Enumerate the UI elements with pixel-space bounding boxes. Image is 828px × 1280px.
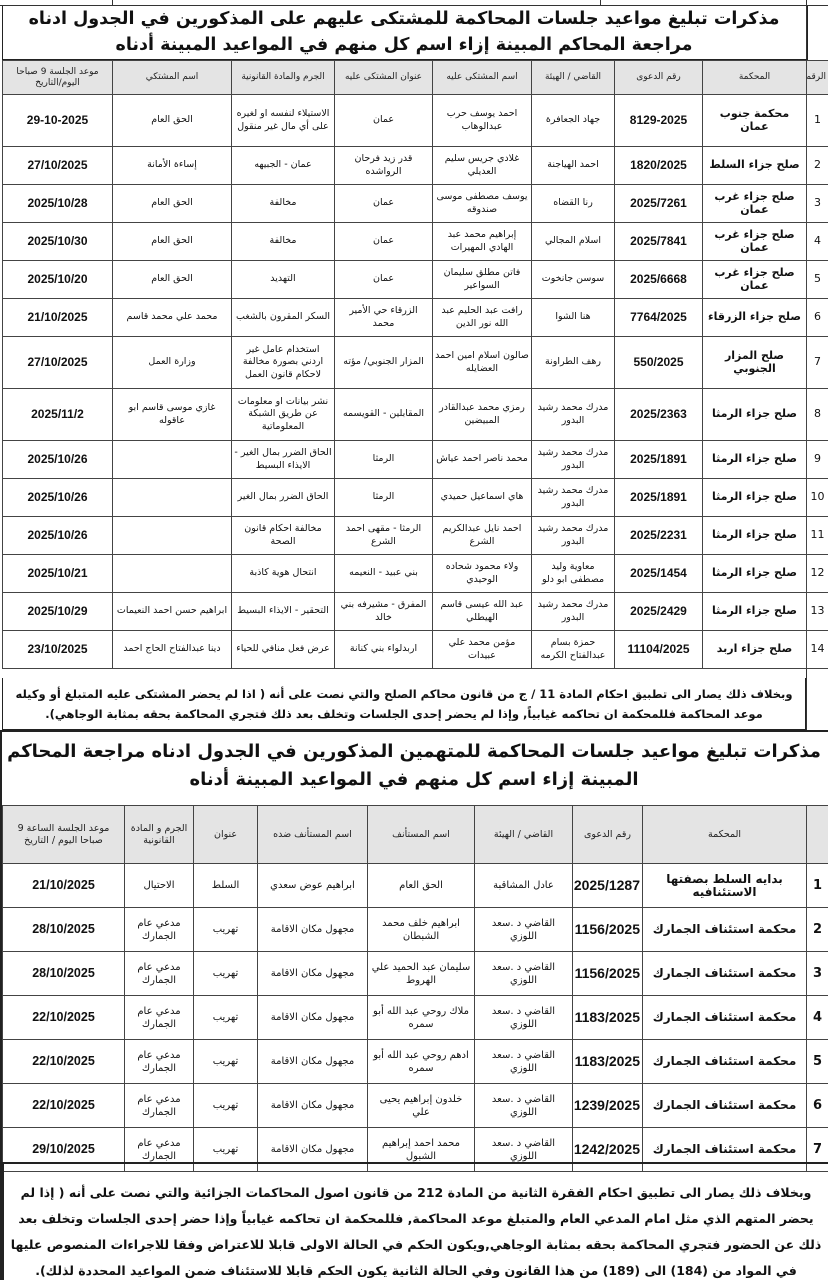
cell-respondent-name: مجهول مكان الاقامة: [258, 908, 368, 952]
cell-row-number: 2: [807, 147, 828, 185]
cell-case-number: 550/2025: [615, 337, 703, 389]
cell-charge: مدعي عام الجمارك: [125, 996, 194, 1040]
col-header-session-date: موعد الجلسة الساعة 9 صباحا اليوم / التار…: [3, 806, 125, 864]
cell-case-number: 2025/7261: [615, 185, 703, 223]
cell-judge-name: القاضي د .سعد اللوزي: [475, 908, 573, 952]
cell-defendant-address: قدر زيد فرحان الرواشده: [335, 147, 433, 185]
cell-session-date: 29-10-2025: [3, 95, 113, 147]
cell-charge: مدعي عام الجمارك: [125, 1040, 194, 1084]
cell-defendant-name: صالون اسلام امين احمد العضايله: [433, 337, 532, 389]
cell-case-number: 2025/1891: [615, 441, 703, 479]
cell-case-number: 2025/1287: [573, 864, 643, 908]
cell-complainant-name: وزارة العمل: [113, 337, 232, 389]
cell-case-number: 2025/7841: [615, 223, 703, 261]
cell-court-name: صلح جزاء الرمثا: [703, 593, 807, 631]
cell-case-number: 2025/1891: [615, 479, 703, 517]
cell-row-number: 6: [807, 299, 828, 337]
cell-judge-name: القاضي د .سعد اللوزي: [475, 1084, 573, 1128]
cell-case-number: 1156/2025: [573, 908, 643, 952]
cell-defendant-name: احمد نايل عبدالكريم الشرع: [433, 517, 532, 555]
cell-session-date: 2025/10/26: [3, 441, 113, 479]
cell-session-date: 2025/10/26: [3, 479, 113, 517]
cell-session-date: 2025/10/21: [3, 555, 113, 593]
cell-row-number: 11: [807, 517, 828, 555]
cell-session-date: 27/10/2025: [3, 147, 113, 185]
table-row: 7صلح المزار الجنوبي550/2025رهف الطراونةص…: [3, 337, 828, 389]
cell-complainant-name: الحق العام: [113, 95, 232, 147]
cell-charge: مدعي عام الجمارك: [125, 952, 194, 996]
section2-legal-note: وبخلاف ذلك يصار الى تطبيق احكام الفقرة ا…: [2, 1162, 828, 1280]
cell-defendant-name: إبراهيم محمد عبد الهادي المهيرات: [433, 223, 532, 261]
cell-defendant-name: رمزي محمد عبدالقادر المبيضين: [433, 389, 532, 441]
cell-judge-name: مدرك محمد رشيد البدور: [532, 593, 615, 631]
cell-session-date: 2025/10/26: [3, 517, 113, 555]
cell-charge: التحقير - الايذاء البسيط: [232, 593, 335, 631]
cell-case-number: 2025/2429: [615, 593, 703, 631]
section1-title: مذكرات تبليغ مواعيد جلسات المحاكمة للمشت…: [6, 6, 802, 58]
cell-charge: مدعي عام الجمارك: [125, 1084, 194, 1128]
cell-row-number: 6: [807, 1084, 828, 1128]
table-row: 3صلح جزاء غرب عمان2025/7261رنا القضاهيوس…: [3, 185, 828, 223]
cell-row-number: 5: [807, 261, 828, 299]
cell-case-number: 11104/2025: [615, 631, 703, 669]
cell-session-date: 2025/10/30: [3, 223, 113, 261]
cell-judge-name: رنا القضاه: [532, 185, 615, 223]
cell-defendant-name: عبد الله عيسى قاسم الهيطلي: [433, 593, 532, 631]
table-row: 2محكمة استئناف الجمارك1156/2025القاضي د …: [3, 908, 828, 952]
cell-appellant-name: سليمان عبد الحميد علي الهروط: [368, 952, 475, 996]
cell-case-number: 8129-2025: [615, 95, 703, 147]
cell-complainant-name: دينا عبدالفتاح الحاج احمد: [113, 631, 232, 669]
section1-legal-note: وبخلاف ذلك يصار الى تطبيق احكام المادة 1…: [2, 678, 806, 730]
cell-case-number: 2025/1454: [615, 555, 703, 593]
cell-case-number: 7764/2025: [615, 299, 703, 337]
cell-row-number: 13: [807, 593, 828, 631]
cell-session-date: 23/10/2025: [3, 631, 113, 669]
col-header-number: الرقم: [807, 61, 828, 95]
col-header-case-number: رقم الدعوى: [615, 61, 703, 95]
cell-address: تهريب: [194, 1040, 258, 1084]
cell-charge: مخالفة: [232, 185, 335, 223]
cell-judge-name: معاوية وليد مصطفى ابو دلو: [532, 555, 615, 593]
table-row: 5محكمة استئناف الجمارك1183/2025القاضي د …: [3, 1040, 828, 1084]
table-row: 8صلح جزاء الرمثا2025/2363مدرك محمد رشيد …: [3, 389, 828, 441]
cell-session-date: 21/10/2025: [3, 864, 125, 908]
col-header-address: عنوان: [194, 806, 258, 864]
cell-court-name: محكمة استئناف الجمارك: [643, 908, 807, 952]
cell-session-date: 27/10/2025: [3, 337, 113, 389]
cell-row-number: 12: [807, 555, 828, 593]
cell-case-number: 1239/2025: [573, 1084, 643, 1128]
cell-charge: السكر المقرون بالشغب: [232, 299, 335, 337]
cell-row-number: 14: [807, 631, 828, 669]
cell-court-name: صلح جزاء الرمثا: [703, 441, 807, 479]
cell-court-name: صلح جزاء الرمثا: [703, 517, 807, 555]
cell-row-number: 5: [807, 1040, 828, 1084]
cell-respondent-name: مجهول مكان الاقامة: [258, 1084, 368, 1128]
cell-address: تهريب: [194, 996, 258, 1040]
defendants-schedule-table: الرقم المحكمة رقم الدعوى القاضي / الهيئة…: [2, 60, 828, 669]
cell-charge: الاحتيال: [125, 864, 194, 908]
cell-court-name: صلح جزاء غرب عمان: [703, 223, 807, 261]
cell-case-number: 1820/2025: [615, 147, 703, 185]
cell-case-number: 1183/2025: [573, 1040, 643, 1084]
col-header-court: المحكمة: [703, 61, 807, 95]
cell-defendant-address: الزرقاء حي الأمير محمد: [335, 299, 433, 337]
cell-session-date: 22/10/2025: [3, 1084, 125, 1128]
table-row: 4صلح جزاء غرب عمان2025/7841اسلام المجالي…: [3, 223, 828, 261]
cell-defendant-name: يوسف مصطفى موسى صندوقه: [433, 185, 532, 223]
cell-row-number: 10: [807, 479, 828, 517]
table-row: 1بدايه السلط بصفتها الاستئنافيه2025/1287…: [3, 864, 828, 908]
court-notice-page: مذكرات تبليغ مواعيد جلسات المحاكمة للمشت…: [0, 0, 828, 1280]
table-row: 14صلح جزاء اربد11104/2025حمزة بسام عبدال…: [3, 631, 828, 669]
cell-session-date: 22/10/2025: [3, 1040, 125, 1084]
table-row: 1محكمة جنوب عمان8129-2025جهاد الجعافرةاح…: [3, 95, 828, 147]
cell-session-date: 28/10/2025: [3, 952, 125, 996]
table-header-row: الرقم المحكمة رقم الدعوى القاضي / الهيئة…: [3, 61, 828, 95]
section2-title: مذكرات تبليغ مواعيد جلسات المحاكمة للمته…: [6, 738, 822, 794]
table-row: 5صلح جزاء غرب عمان2025/6668سوسن جانخوتفا…: [3, 261, 828, 299]
cell-session-date: 2025/11/2: [3, 389, 113, 441]
cell-address: تهريب: [194, 1084, 258, 1128]
cell-court-name: صلح جزاء غرب عمان: [703, 261, 807, 299]
cell-defendant-address: المفرق - مشيرفه بني خالد: [335, 593, 433, 631]
cell-appellant-name: خلدون إبراهيم يحيى علي: [368, 1084, 475, 1128]
cell-court-name: محكمة جنوب عمان: [703, 95, 807, 147]
cell-row-number: 1: [807, 864, 828, 908]
cell-charge: استخدام عامل غير اردني بصورة مخالفة لاحك…: [232, 337, 335, 389]
table-row: 6صلح جزاء الزرقاء7764/2025هنا الشوارافت …: [3, 299, 828, 337]
cell-court-name: صلح جزاء الرمثا: [703, 479, 807, 517]
col-header-case-number: رقم الدعوى: [573, 806, 643, 864]
cell-court-name: صلح المزار الجنوبي: [703, 337, 807, 389]
cell-defendant-name: ولاء محمود شحاده الوحيدي: [433, 555, 532, 593]
cell-session-date: 28/10/2025: [3, 908, 125, 952]
table-header-row: المحكمة رقم الدعوى القاضي / الهيئة اسم ا…: [3, 806, 828, 864]
cell-charge: الاستيلاء لنفسه او لغيره على أي مال غير …: [232, 95, 335, 147]
cell-charge: مخالفة: [232, 223, 335, 261]
cell-case-number: 2025/6668: [615, 261, 703, 299]
table-row: 12صلح جزاء الرمثا2025/1454معاوية وليد مص…: [3, 555, 828, 593]
cell-charge: التهديد: [232, 261, 335, 299]
cell-complainant-name: ابراهيم حسن احمد النعيمات: [113, 593, 232, 631]
table-row: 9صلح جزاء الرمثا2025/1891مدرك محمد رشيد …: [3, 441, 828, 479]
table-row: 10صلح جزاء الرمثا2025/1891مدرك محمد رشيد…: [3, 479, 828, 517]
cell-defendant-address: المزار الجنوبي/ مؤته: [335, 337, 433, 389]
cell-row-number: 1: [807, 95, 828, 147]
cell-defendant-name: مؤمن محمد علي عبيدات: [433, 631, 532, 669]
cell-judge-name: هنا الشوا: [532, 299, 615, 337]
cell-judge-name: جهاد الجعافرة: [532, 95, 615, 147]
cell-defendant-address: عمان: [335, 185, 433, 223]
cell-defendant-address: اربدلواء بني كنانة: [335, 631, 433, 669]
cell-court-name: صلح جزاء الرمثا: [703, 389, 807, 441]
cell-address: السلط: [194, 864, 258, 908]
cell-charge: انتحال هوية كاذبة: [232, 555, 335, 593]
cell-complainant-name: غازي موسى قاسم ابو عاقوله: [113, 389, 232, 441]
table-row: 6محكمة استئناف الجمارك1239/2025القاضي د …: [3, 1084, 828, 1128]
table-row: 4محكمة استئناف الجمارك1183/2025القاضي د …: [3, 996, 828, 1040]
cell-charge: الحاق الضرر بمال الغير - الايذاء البسيط: [232, 441, 335, 479]
cell-complainant-name: محمد علي محمد قاسم: [113, 299, 232, 337]
cell-court-name: صلح جزاء الزرقاء: [703, 299, 807, 337]
cell-row-number: 8: [807, 389, 828, 441]
cell-address: تهريب: [194, 952, 258, 996]
col-header-respondent: اسم المستأنف ضده: [258, 806, 368, 864]
cell-respondent-name: مجهول مكان الاقامة: [258, 1040, 368, 1084]
cell-court-name: صلح جزاء السلط: [703, 147, 807, 185]
table-row: 11صلح جزاء الرمثا2025/2231مدرك محمد رشيد…: [3, 517, 828, 555]
cell-defendant-address: عمان: [335, 95, 433, 147]
table-row: 2صلح جزاء السلط1820/2025احمد الهياجنةغلا…: [3, 147, 828, 185]
cell-judge-name: القاضي د .سعد اللوزي: [475, 1040, 573, 1084]
cell-session-date: 2025/10/20: [3, 261, 113, 299]
table-row: 3محكمة استئناف الجمارك1156/2025القاضي د …: [3, 952, 828, 996]
cell-complainant-name: [113, 441, 232, 479]
cell-judge-name: القاضي د .سعد اللوزي: [475, 996, 573, 1040]
cell-case-number: 2025/2363: [615, 389, 703, 441]
cell-defendant-address: الرمثا - مقهى احمد الشرع: [335, 517, 433, 555]
cell-respondent-name: ابراهيم عوض سعدي: [258, 864, 368, 908]
cell-case-number: 1183/2025: [573, 996, 643, 1040]
col-header-court: المحكمة: [643, 806, 807, 864]
cell-session-date: 2025/10/28: [3, 185, 113, 223]
col-header-complainant: اسم المشتكي: [113, 61, 232, 95]
cell-case-number: 1156/2025: [573, 952, 643, 996]
cell-appellant-name: الحق العام: [368, 864, 475, 908]
cell-row-number: 9: [807, 441, 828, 479]
cell-court-name: صلح جزاء غرب عمان: [703, 185, 807, 223]
cell-complainant-name: [113, 479, 232, 517]
cell-defendant-address: الرمثا: [335, 479, 433, 517]
cell-complainant-name: الحق العام: [113, 223, 232, 261]
col-header-defendant-address: عنوان المشتكى عليه: [335, 61, 433, 95]
cell-charge: مخالفة احكام قانون الصحة: [232, 517, 335, 555]
cell-row-number: 4: [807, 223, 828, 261]
cell-defendant-address: المقابلين - القويسمه: [335, 389, 433, 441]
cell-charge: مدعي عام الجمارك: [125, 908, 194, 952]
cell-court-name: محكمة استئناف الجمارك: [643, 1084, 807, 1128]
cell-appellant-name: ادهم روحي عبد الله أبو سمره: [368, 1040, 475, 1084]
cell-charge: عمان - الجبيهه: [232, 147, 335, 185]
col-header-defendant: اسم المشتكى عليه: [433, 61, 532, 95]
cell-row-number: 2: [807, 908, 828, 952]
col-header-session-date: موعد الجلسة 9 صباحا اليوم/التاريخ: [3, 61, 113, 95]
cell-charge: الحاق الضرر بمال الغير: [232, 479, 335, 517]
cell-charge: نشر بيانات او معلومات عن طريق الشبكة الم…: [232, 389, 335, 441]
cell-judge-name: مدرك محمد رشيد البدور: [532, 389, 615, 441]
cell-appellant-name: ملاك روحي عبد الله أبو سمره: [368, 996, 475, 1040]
cell-charge: عرض فعل منافي للحياء: [232, 631, 335, 669]
col-header-judge: القاضي / الهيئة: [475, 806, 573, 864]
cell-complainant-name: إساءة الأمانة: [113, 147, 232, 185]
cell-judge-name: سوسن جانخوت: [532, 261, 615, 299]
cell-session-date: 21/10/2025: [3, 299, 113, 337]
cell-defendant-address: عمان: [335, 261, 433, 299]
cell-row-number: 3: [807, 952, 828, 996]
col-header-charge: الجرم والمادة القانونية: [232, 61, 335, 95]
cell-address: تهريب: [194, 908, 258, 952]
cell-defendant-address: بني عبيد - النعيمه: [335, 555, 433, 593]
cell-court-name: محكمة استئناف الجمارك: [643, 996, 807, 1040]
cell-defendant-name: محمد ناصر احمد عياش: [433, 441, 532, 479]
cell-judge-name: عادل المشاقبة: [475, 864, 573, 908]
cell-complainant-name: الحق العام: [113, 185, 232, 223]
cell-defendant-address: الرمثا: [335, 441, 433, 479]
cell-court-name: صلح جزاء اربد: [703, 631, 807, 669]
cell-judge-name: احمد الهياجنة: [532, 147, 615, 185]
cell-court-name: محكمة استئناف الجمارك: [643, 952, 807, 996]
col-header-judge: القاضي / الهيئة: [532, 61, 615, 95]
cell-defendant-name: غلادي جريس سليم العديلي: [433, 147, 532, 185]
col-header-number: [807, 806, 828, 864]
cell-defendant-name: هاي اسماعيل حميدي: [433, 479, 532, 517]
cell-judge-name: مدرك محمد رشيد البدور: [532, 479, 615, 517]
col-header-charge: الجرم و المادة القانونية: [125, 806, 194, 864]
cell-complainant-name: [113, 555, 232, 593]
cell-court-name: صلح جزاء الرمثا: [703, 555, 807, 593]
accused-schedule-table: المحكمة رقم الدعوى القاضي / الهيئة اسم ا…: [2, 805, 828, 1172]
cell-judge-name: مدرك محمد رشيد البدور: [532, 517, 615, 555]
cell-defendant-address: عمان: [335, 223, 433, 261]
cell-judge-name: حمزة بسام عبدالفتاح الكرمه: [532, 631, 615, 669]
cell-respondent-name: مجهول مكان الاقامة: [258, 952, 368, 996]
cell-complainant-name: الحق العام: [113, 261, 232, 299]
cell-judge-name: القاضي د .سعد اللوزي: [475, 952, 573, 996]
cell-appellant-name: ابراهيم خلف محمد الشبطان: [368, 908, 475, 952]
cell-case-number: 2025/2231: [615, 517, 703, 555]
cell-court-name: بدايه السلط بصفتها الاستئنافيه: [643, 864, 807, 908]
cell-defendant-name: فاتن مطلق سليمان السواعير: [433, 261, 532, 299]
cell-respondent-name: مجهول مكان الاقامة: [258, 996, 368, 1040]
cell-judge-name: رهف الطراونة: [532, 337, 615, 389]
cell-defendant-name: رافت عبد الحليم عبد الله نور الدين: [433, 299, 532, 337]
cell-judge-name: اسلام المجالي: [532, 223, 615, 261]
table-row: 13صلح جزاء الرمثا2025/2429مدرك محمد رشيد…: [3, 593, 828, 631]
cell-defendant-name: احمد يوسف حرب عبدالوهاب: [433, 95, 532, 147]
cell-session-date: 2025/10/29: [3, 593, 113, 631]
cell-complainant-name: [113, 517, 232, 555]
cell-judge-name: مدرك محمد رشيد البدور: [532, 441, 615, 479]
col-header-appellant: اسم المستأنف: [368, 806, 475, 864]
cell-row-number: 4: [807, 996, 828, 1040]
cell-row-number: 7: [807, 337, 828, 389]
cell-court-name: محكمة استئناف الجمارك: [643, 1040, 807, 1084]
cell-session-date: 22/10/2025: [3, 996, 125, 1040]
cell-row-number: 3: [807, 185, 828, 223]
